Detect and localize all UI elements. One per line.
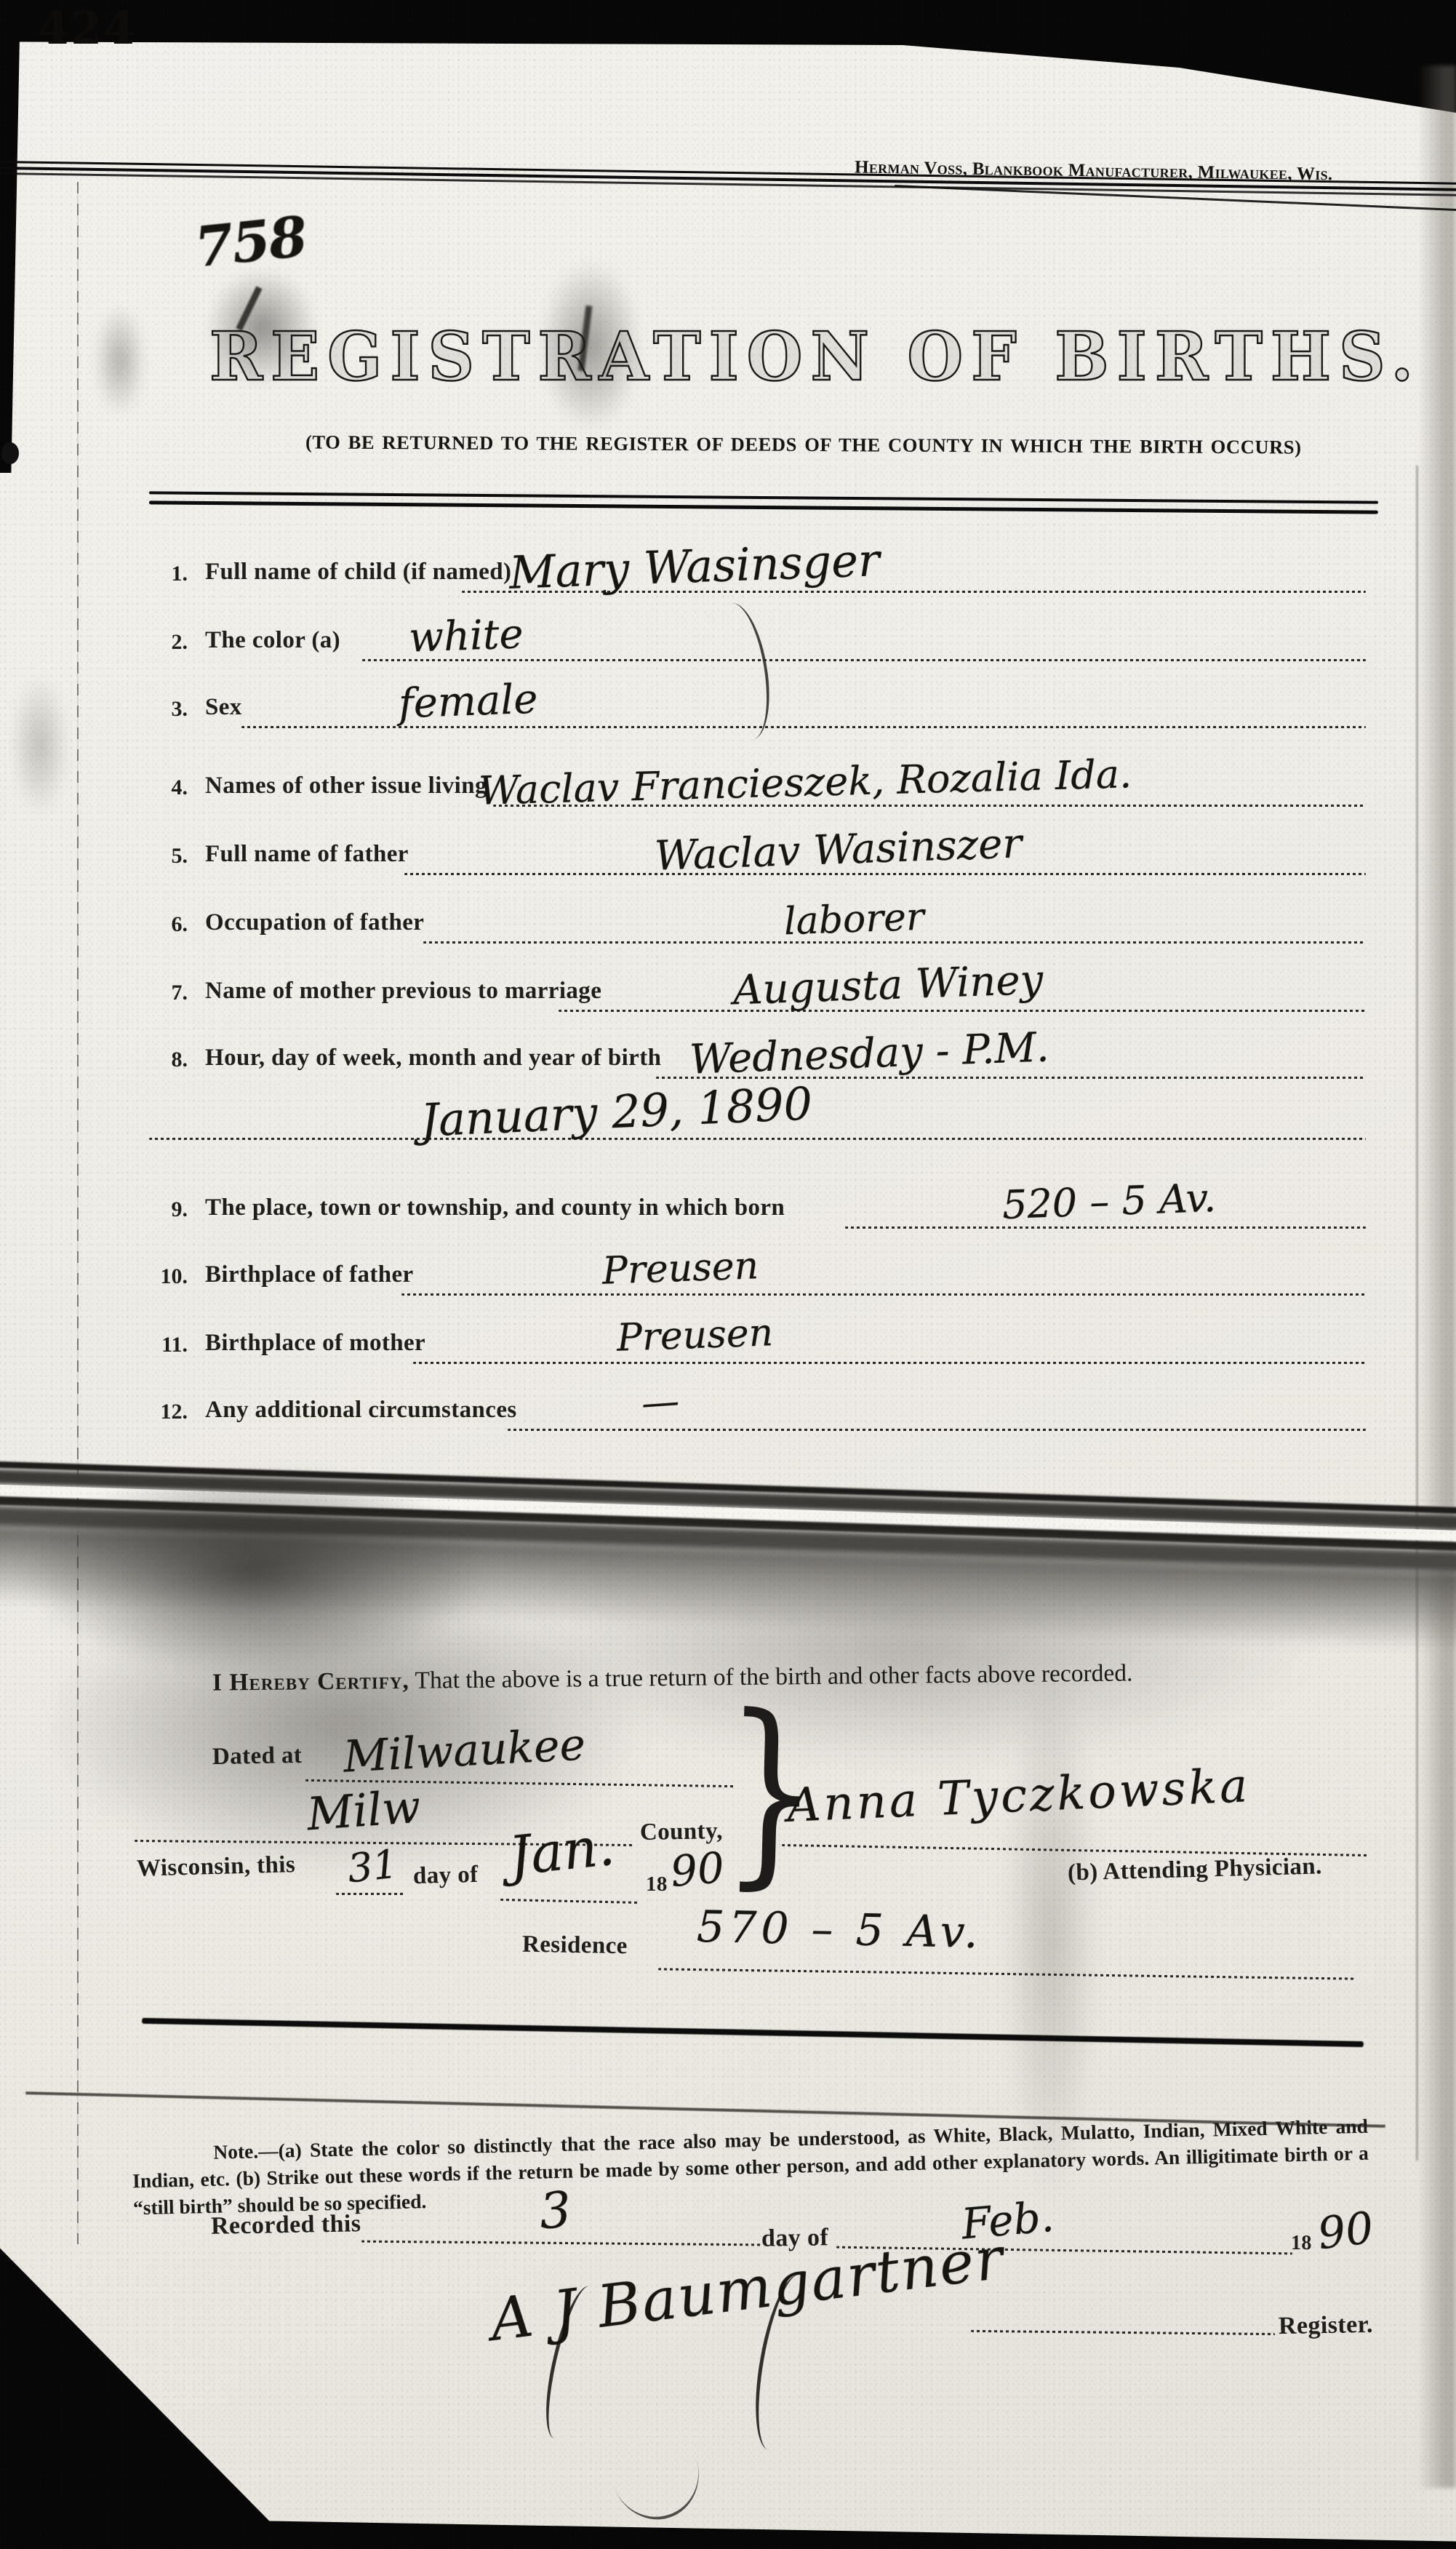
scan-top-border [0,0,1456,113]
field-line [413,1362,1366,1364]
year-suffix: 90 [668,1843,726,1896]
field-value: — [640,1379,681,1425]
field-value: Wednesday - P.M. [689,1024,1050,1083]
pen-stray-stroke [706,599,778,744]
field-label: Full name of father [205,841,409,868]
folio-number: 424 [38,1,136,55]
field-label: Occupation of father [205,909,424,936]
field-value: Mary Wasinsger [508,533,881,599]
scan-left-margin-line [77,182,79,2244]
scan-right-vignette [1418,65,1456,2488]
birth-registration-scan: 424 Herman Voss, Blankbook Manufacturer,… [0,0,1456,2549]
recorded-day: 3 [537,2182,573,2241]
field-value: female [398,676,539,728]
recorded-day-line [361,2241,761,2246]
day-value: 31 [345,1841,400,1892]
field-line [401,1293,1366,1296]
register-line [971,2330,1275,2335]
field-line [404,873,1366,875]
field-number: 2. [151,630,188,655]
field-label: Any additional circumstances [205,1397,517,1424]
month-value: Jan. [506,1815,617,1888]
field-line-continuation [149,1138,1366,1140]
field-value: Augusta Winey [732,957,1044,1015]
year-prefix: 18 [646,1872,668,1896]
signature-flourish [598,2412,711,2532]
field-number: 5. [151,844,188,869]
printer-rule-group: Herman Voss, Blankbook Manufacturer, Mil… [0,161,1456,183]
county-value: Milw [305,1780,423,1841]
header-double-rule [149,491,1378,500]
field-label: The place, town or township, and county … [205,1194,785,1221]
field-value: 520 – 5 Av. [1001,1175,1217,1228]
physician-signature: Anna Tyczkowska [786,1759,1252,1833]
field-value: Waclav Wasinszer [654,820,1023,880]
field-line [508,1429,1366,1431]
recorded-year-prefix: 18 [1291,2232,1312,2255]
residence-value: 570 – 5 Av. [696,1902,983,1958]
county-label: County, [640,1818,723,1846]
scan-left-border [0,0,20,473]
field-label: Birthplace of father [205,1261,414,1288]
field-label: The color (a) [205,627,340,654]
month-line [500,1899,640,1904]
scan-left-ink-dot [1,442,19,464]
physician-label: (b) Attending Physician. [1068,1853,1323,1886]
field-value: laborer [783,895,925,944]
document-title: REGISTRATION OF BIRTHS. [209,317,1421,396]
recorded-year-suffix: 90 [1315,2203,1376,2260]
day-line [336,1893,406,1895]
field-label: Names of other issue living [205,773,487,799]
field-label: Name of mother previous to marriage [205,978,601,1005]
field-value-continuation: January 29, 1890 [420,1077,814,1146]
stamp-number: 758 [192,204,309,279]
field-line [559,1010,1366,1012]
field-number: 8. [151,1048,188,1072]
dated-at-label: Dated at [212,1742,303,1771]
field-value: Preusen [601,1244,759,1293]
field-label: Full name of child (if named) [205,559,511,586]
field-number: 9. [145,1197,188,1222]
field-number: 10. [143,1264,188,1289]
residence-label: Residence [522,1931,628,1960]
edge-smudge [95,306,145,415]
field-label: Hour, day of week, month and year of bir… [205,1045,661,1072]
footnote: Note.—(a) State the color so distinctly … [132,2113,1369,2222]
field-number: 6. [151,912,188,937]
edge-smudge [11,677,69,815]
scan-right-edge-line [1416,466,1418,2161]
field-value: white [408,610,524,661]
recorded-label: Recorded this [211,2210,361,2241]
certify-lead: I Hereby Certify, [212,1667,409,1696]
document-subtitle: (TO BE RETURNED TO THE REGISTER OF DEEDS… [305,431,1302,458]
field-value: Preusen [616,1311,774,1360]
field-number: 7. [151,981,188,1005]
field-number: 11. [143,1333,188,1357]
field-number: 3. [151,697,188,722]
field-label: Birthplace of mother [205,1330,425,1357]
field-number: 1. [151,562,188,586]
day-of-label: day of [413,1862,479,1890]
field-line [845,1226,1366,1229]
register-label: Register. [1279,2311,1373,2340]
field-line [423,941,1366,944]
heavy-rule [142,2018,1364,2047]
field-number: 4. [151,775,188,800]
field-label: Sex [205,694,242,721]
band-smudge-wide [509,1528,1309,1768]
state-this-label: Wisconsin, this [137,1851,296,1883]
field-number: 12. [143,1400,188,1424]
field-line [362,659,1366,661]
